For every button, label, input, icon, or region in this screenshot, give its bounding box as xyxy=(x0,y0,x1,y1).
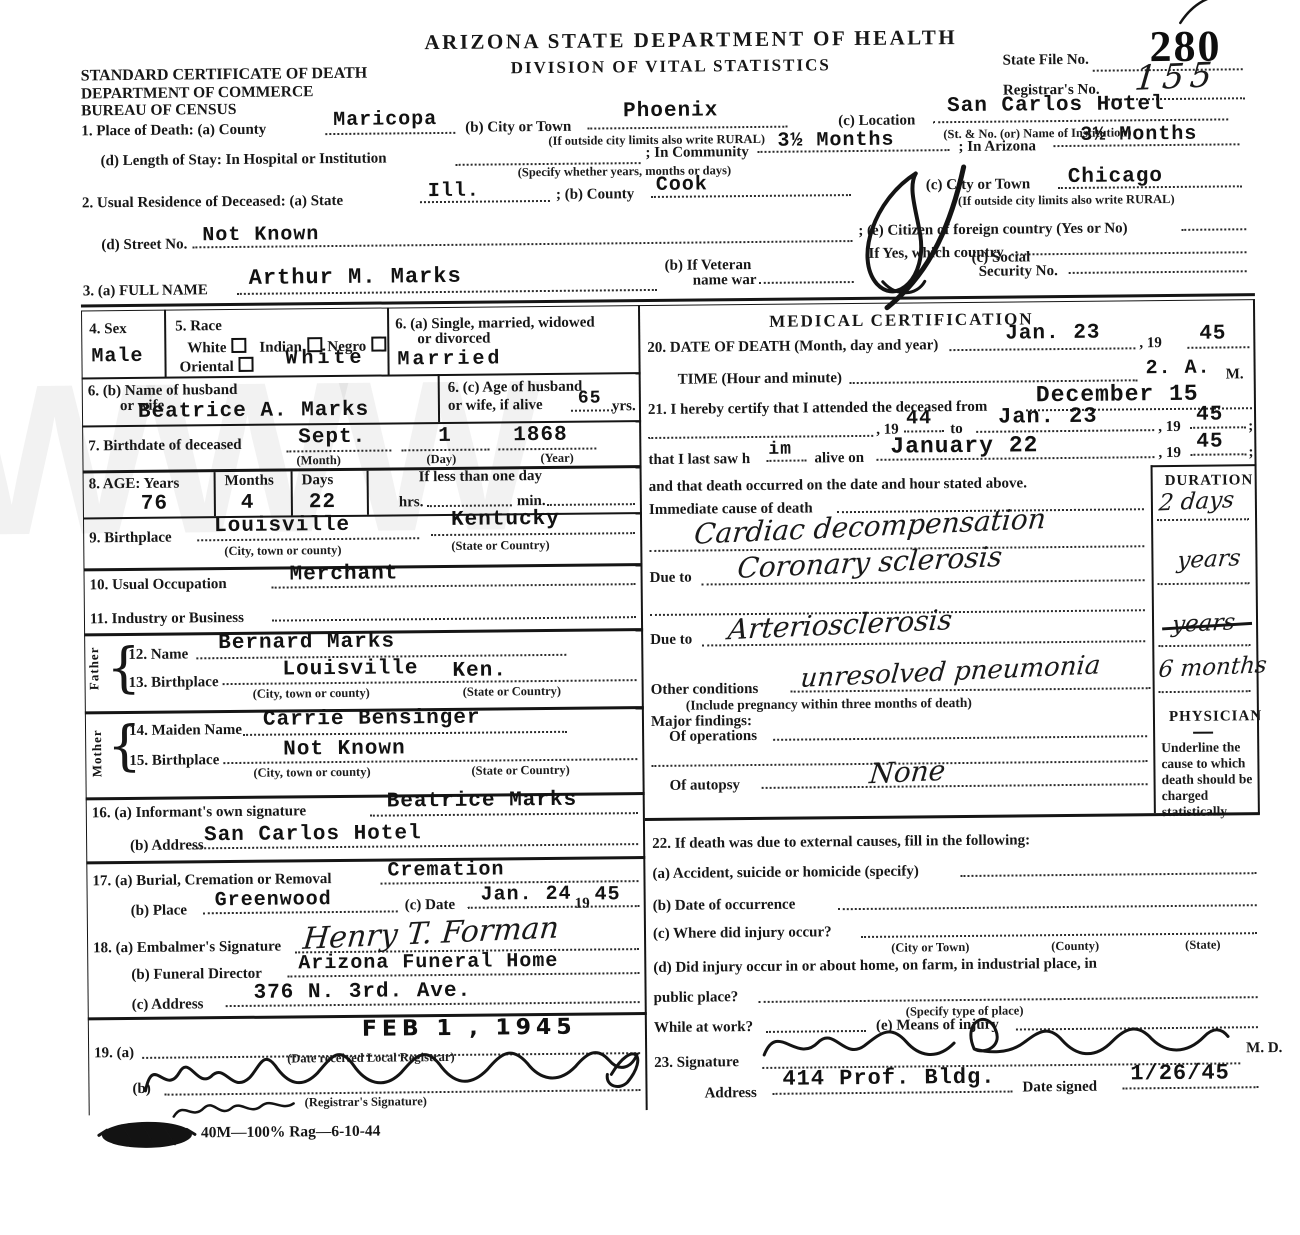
location-label: (c) Location xyxy=(838,112,915,130)
date-of-death-label: 20. DATE OF DEATH (Month, day and year) xyxy=(647,337,938,357)
funeral-director-value: Arizona Funeral Home xyxy=(298,950,558,975)
md-label: M. D. xyxy=(1246,1040,1282,1057)
birthdate-label: 7. Birthdate of deceased xyxy=(88,437,241,455)
county-note: (County) xyxy=(1051,939,1099,954)
father-city-note: (City, town or county) xyxy=(253,686,370,702)
community-value: 3½ Months xyxy=(777,129,894,153)
blank-line xyxy=(766,459,806,461)
duration-border xyxy=(1151,465,1156,813)
external-causes-label: 22. If death was due to external causes,… xyxy=(652,832,1030,853)
blank-line xyxy=(960,872,1256,877)
blank-line xyxy=(571,409,613,411)
residence-city-value: Chicago xyxy=(1068,165,1163,189)
in-community-label: ; In Community xyxy=(645,144,749,162)
registrar-b-label: (b) xyxy=(132,1081,151,1098)
mother-side-label: Mother xyxy=(89,729,105,777)
date-signed-value: 1/26/45 xyxy=(1130,1060,1230,1086)
time-m-label: M. xyxy=(1226,366,1244,383)
divider xyxy=(164,310,167,378)
pen-scribble xyxy=(824,164,1020,316)
semicolon: ; xyxy=(1248,444,1253,461)
spouse-age-value: 65 xyxy=(578,388,602,408)
burial-place-label: (b) Place xyxy=(131,902,187,920)
father-side-label: Father xyxy=(86,646,102,690)
duration-1: 2 days xyxy=(1158,487,1236,516)
bureau-census-label: BUREAU OF CENSUS xyxy=(81,101,236,120)
divider xyxy=(214,472,216,516)
last-saw-label: that I last saw h xyxy=(648,451,750,469)
birthplace-state-note: (State or Country) xyxy=(451,538,550,554)
rule xyxy=(86,856,645,864)
occupation-value: Merchant xyxy=(289,562,398,586)
date-signed-label: Date signed xyxy=(1022,1079,1097,1097)
checkbox-oriental xyxy=(239,357,254,372)
divider xyxy=(291,471,293,515)
death-certificate-scan: WWW ARIZONA STATE DEPARTMENT OF HEALTH D… xyxy=(0,0,1300,1235)
burial-date-value: Jan. 24 xyxy=(481,883,572,907)
blank-line xyxy=(1157,518,1249,521)
blank-line xyxy=(1159,690,1251,693)
attended-to-value: Jan. 23 xyxy=(998,404,1098,430)
informant-value: Beatrice Marks xyxy=(387,789,578,814)
physician-addr-value: 414 Prof. Bldg. xyxy=(782,1065,995,1092)
rule xyxy=(1193,732,1213,734)
occurrence-date-label: (b) Date of occurrence xyxy=(653,897,796,915)
race-option-white: White xyxy=(187,340,226,356)
spouse-value: Beatrice A. Marks xyxy=(138,399,369,424)
to-year-value: 45 xyxy=(1196,403,1223,426)
state-file-label: State File No. xyxy=(1003,52,1089,70)
in-arizona-label: ; In Arizona xyxy=(958,138,1036,156)
divider xyxy=(387,307,390,375)
to-19-label: , 19 xyxy=(1158,419,1181,436)
blank-line xyxy=(272,616,636,621)
blank-line xyxy=(1158,644,1250,647)
time-value: 2. A. xyxy=(1146,357,1211,381)
blank-line xyxy=(243,731,567,736)
birthplace-state: Kentucky xyxy=(451,508,560,532)
accident-label: (a) Accident, suicide or homicide (speci… xyxy=(652,863,919,883)
age-years-value: 76 xyxy=(141,493,168,516)
semicolon: ; xyxy=(1248,418,1253,435)
sex-value: Male xyxy=(91,345,143,368)
blank-line xyxy=(1181,228,1246,231)
date-of-death-value: Jan. 23 xyxy=(1005,322,1100,346)
injury-where-label: (d) Did injury occur in or about home, o… xyxy=(653,956,1097,977)
signature-label: 23. Signature xyxy=(654,1054,739,1072)
duration-4: 6 months xyxy=(1157,652,1268,683)
mother-state-note: (State or Country) xyxy=(471,763,570,779)
residence-county-label: ; (b) County xyxy=(556,186,635,204)
mother-bp-label: 15. Birthplace xyxy=(129,752,219,770)
checkbox-white xyxy=(231,338,246,353)
due-to-label-1: Due to xyxy=(650,570,692,587)
blank-line xyxy=(838,904,1257,910)
him-value: im xyxy=(768,440,792,460)
birth-month: Sept. xyxy=(298,426,366,450)
veteran-label-2: name war xyxy=(693,272,757,290)
while-at-work-label: While at work? xyxy=(654,1019,753,1037)
county-value: Maricopa xyxy=(333,108,437,132)
marital-label-2: or divorced xyxy=(417,331,490,349)
blank-line xyxy=(949,347,1135,351)
occurred-label: and that death occurred on the date and … xyxy=(649,475,1027,496)
year-note: (Year) xyxy=(540,451,573,466)
month-note: (Month) xyxy=(296,453,341,468)
from-year-value: 44 xyxy=(906,407,932,430)
birth-day: 1 xyxy=(438,425,452,448)
registrar-sig-note: (Registrar's Signature) xyxy=(305,1094,427,1110)
blank-line xyxy=(762,783,1148,789)
age-days-label: Days xyxy=(302,472,334,489)
place-of-death-label: 1. Place of Death: (a) County xyxy=(81,122,266,141)
saw-19-label: , 19 xyxy=(1158,445,1181,462)
blank-line xyxy=(547,503,635,506)
embalmer-label: 18. (a) Embalmer's Signature xyxy=(93,939,281,958)
father-name-value: Bernard Marks xyxy=(218,630,395,655)
blank-line xyxy=(1158,582,1250,585)
dod-year-value: 45 xyxy=(1199,322,1226,345)
certificate-sheet: WWW ARIZONA STATE DEPARTMENT OF HEALTH D… xyxy=(0,0,1300,1235)
birth-year: 1868 xyxy=(513,424,568,448)
funeral-director-label: (b) Funeral Director xyxy=(131,966,262,984)
where-injury-label: (c) Where did injury occur? xyxy=(653,924,832,943)
birthplace-city-note: (City, town or county) xyxy=(224,543,341,559)
due-to-label-2: Due to xyxy=(650,632,692,649)
of-operations-label: Of operations xyxy=(669,728,757,746)
certify-label: 21. I hereby certify that I attended the… xyxy=(648,399,988,419)
father-bp-city: Louisville xyxy=(282,657,418,681)
father-name-label: 12. Name xyxy=(128,646,188,664)
father-state-note: (State or Country) xyxy=(463,684,562,700)
mother-name-label: 14. Maiden Name xyxy=(129,722,242,740)
standard-certificate-label: STANDARD CERTIFICATE OF DEATH xyxy=(81,65,368,86)
public-place-label: public place? xyxy=(654,989,739,1007)
spouse-age-label-2: or wife, if alive xyxy=(448,397,543,415)
burial-place-value: Greenwood xyxy=(215,888,332,912)
city-value: Phoenix xyxy=(623,99,718,123)
printers-union-mark xyxy=(97,1117,197,1152)
print-code: 40M—100% Rag—6-10-44 xyxy=(201,1123,381,1143)
blank-line xyxy=(325,132,455,135)
full-name-label: 3. (a) FULL NAME xyxy=(83,282,208,300)
due-to-value-2: Arteriosclerosis xyxy=(727,603,954,646)
industry-label: 11. Industry or Business xyxy=(90,610,244,628)
yrs-label: yrs. xyxy=(612,398,636,415)
divider xyxy=(367,471,369,515)
last-saw-value: January 22 xyxy=(890,432,1038,459)
registrar-a-label: 19. (a) xyxy=(94,1045,134,1062)
time-label: TIME (Hour and minute) xyxy=(678,370,842,389)
age-days-value: 22 xyxy=(309,491,336,514)
location-value: San Carlos Hotel xyxy=(947,93,1165,118)
embalmer-addr-label: (c) Address xyxy=(132,996,204,1014)
duration-border-top xyxy=(1151,464,1257,467)
length-of-stay-label: (d) Length of Stay: In Hospital or Insti… xyxy=(100,151,386,171)
form-subtitle: DIVISION OF VITAL STATISTICS xyxy=(511,55,831,78)
blank-line xyxy=(1187,346,1249,349)
age-months-label: Months xyxy=(225,473,274,490)
residence-county-value: Cook xyxy=(656,173,708,196)
less-than-day-label: If less than one day xyxy=(419,468,543,486)
embalmer-addr-value: 376 N. 3rd. Ave. xyxy=(253,980,471,1005)
blank-line xyxy=(759,996,1258,1003)
burial-value: Cremation xyxy=(387,858,504,882)
medical-certification-title: MEDICAL CERTIFICATION xyxy=(769,309,1034,332)
mother-city-note: (City, town or county) xyxy=(253,765,370,781)
residence-state-value: Ill. xyxy=(428,180,480,203)
saw-year-value: 45 xyxy=(1196,430,1223,453)
residence-label: 2. Usual Residence of Deceased: (a) Stat… xyxy=(82,193,343,213)
alive-on-label: alive on xyxy=(814,450,864,467)
marital-value: Married xyxy=(397,347,502,371)
check-mark xyxy=(1172,0,1212,25)
blank-line xyxy=(648,435,873,439)
blank-line xyxy=(773,735,1147,741)
informant-addr-label: (b) Address xyxy=(130,837,204,855)
right-border xyxy=(1253,299,1260,814)
physician-title: PHYSICIAN xyxy=(1169,708,1262,726)
race-label: 5. Race xyxy=(175,318,222,335)
birthplace-label: 9. Birthplace xyxy=(89,530,172,548)
burial-date-label: (c) Date xyxy=(405,897,456,914)
sex-label: 4. Sex xyxy=(89,321,127,338)
burial-19-label: 19 xyxy=(575,896,590,913)
of-autopsy-label: Of autopsy xyxy=(670,777,741,795)
city-town-note: (City or Town) xyxy=(891,940,969,956)
mother-name-value: Carrie Bensinger xyxy=(263,707,481,732)
state-note: (State) xyxy=(1185,938,1221,953)
birthplace-city: Louisville xyxy=(214,514,350,538)
form-title: ARIZONA STATE DEPARTMENT OF HEALTH xyxy=(424,25,957,55)
informant-addr-value: San Carlos Hotel xyxy=(204,822,422,847)
blank-line xyxy=(904,430,944,432)
burial-year-value: 45 xyxy=(595,883,621,906)
physician-note: Underline the cause to which death shoul… xyxy=(1161,739,1258,820)
checkbox-negro xyxy=(371,337,386,352)
day-note: (Day) xyxy=(426,452,456,467)
physician-addr-label: Address xyxy=(704,1085,756,1103)
father-bp-state: Ken. xyxy=(452,659,507,683)
mother-bp-city: Not Known xyxy=(283,737,406,761)
arizona-value: 3½ Months xyxy=(1080,123,1197,147)
occupation-label: 10. Usual Occupation xyxy=(90,576,227,594)
age-months-value: 4 xyxy=(241,492,255,515)
hrs-label: hrs. xyxy=(399,494,424,511)
full-name-value: Arthur M. Marks xyxy=(249,264,462,291)
dod-19-label: , 19 xyxy=(1139,335,1162,352)
informant-label: 16. (a) Informant's own signature xyxy=(92,803,306,822)
street-no-value: Not Known xyxy=(202,223,319,247)
age-label: 8. AGE: Years xyxy=(89,476,180,494)
street-no-label: (d) Street No. xyxy=(101,236,187,254)
blank-line xyxy=(1069,270,1247,274)
spouse-age-label: 6. (c) Age of husband xyxy=(448,379,583,397)
father-bp-label: 13. Birthplace xyxy=(129,674,219,692)
race-value: White xyxy=(285,347,365,371)
blank-line xyxy=(587,126,787,130)
race-option-oriental: Oriental xyxy=(179,359,233,376)
blank-line xyxy=(1123,1086,1259,1089)
blank-line xyxy=(1011,251,1246,255)
other-conditions-note: (Include pregnancy within three months o… xyxy=(686,695,972,714)
duration-2: years xyxy=(1176,545,1242,574)
